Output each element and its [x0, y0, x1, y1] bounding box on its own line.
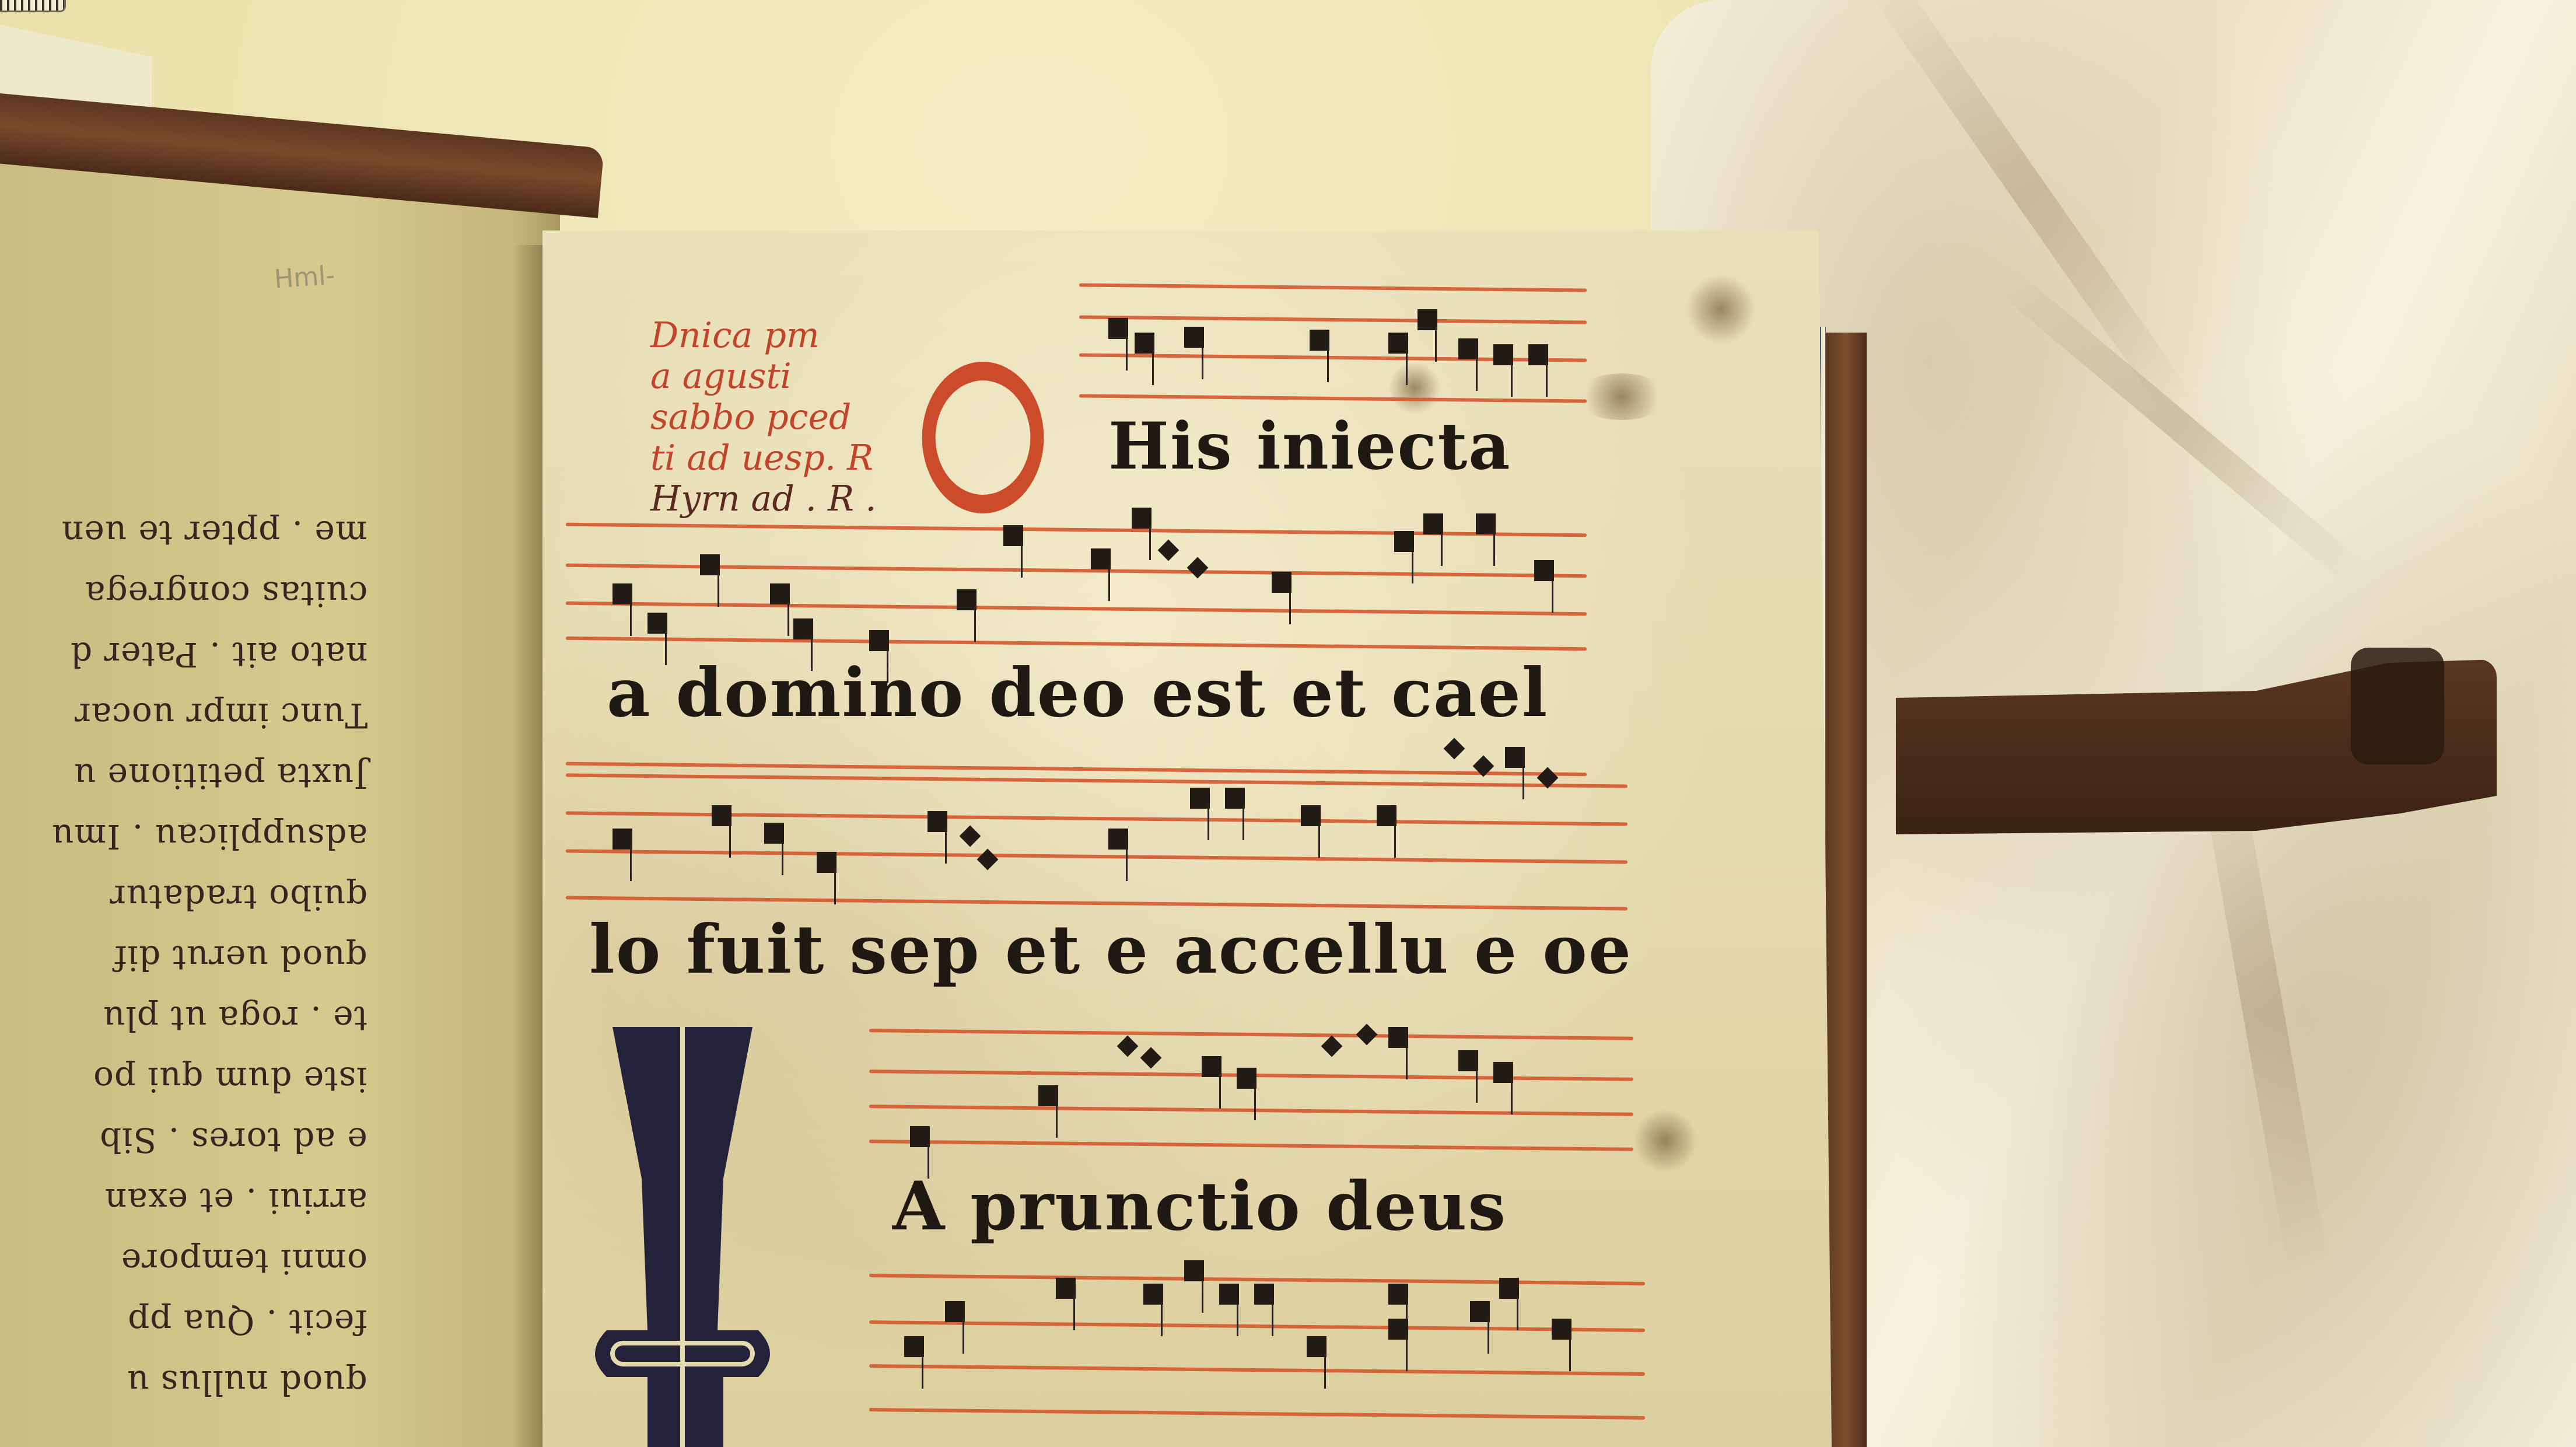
neume	[1135, 333, 1154, 354]
neume	[700, 554, 720, 575]
neume	[869, 630, 889, 651]
neume-stem	[1237, 1301, 1238, 1336]
neume-stem	[922, 1354, 923, 1389]
neume-stem	[1272, 1301, 1273, 1336]
neume	[1003, 525, 1023, 546]
blue-initial-i	[577, 1004, 787, 1447]
pencil-shelfmark: Hml-	[273, 260, 335, 294]
neume	[1534, 560, 1554, 581]
neume	[904, 1336, 924, 1357]
neume-stem	[1202, 1278, 1203, 1313]
neume-stem	[1476, 356, 1478, 391]
left-page-line: fecit . Qua pp	[127, 1302, 367, 1342]
left-page-line: quod nullus u	[127, 1363, 367, 1403]
neume	[1219, 1284, 1239, 1305]
neume	[957, 589, 977, 610]
left-page-line: e ad tores . Sib	[99, 1120, 367, 1160]
neume-stem	[1546, 362, 1548, 397]
neume	[817, 852, 836, 873]
neume	[1301, 805, 1321, 826]
neume	[1388, 333, 1408, 354]
neume-stem	[1126, 335, 1128, 371]
neume	[1388, 1027, 1408, 1048]
neume-stem	[1161, 1301, 1163, 1336]
neume	[1394, 531, 1414, 552]
neume	[612, 829, 632, 850]
neume-stem	[1412, 548, 1413, 583]
neume-stem	[963, 1319, 964, 1354]
neume-stem	[1552, 578, 1553, 613]
neume	[945, 1301, 965, 1322]
neume	[1225, 788, 1245, 809]
neume	[1108, 829, 1128, 850]
neume-stem	[1511, 362, 1513, 397]
neume-stem	[1254, 1085, 1256, 1120]
neume	[1254, 1284, 1274, 1305]
neume-stem	[630, 846, 632, 881]
neume	[1184, 1260, 1204, 1281]
rubric-line: Hyrn ad . R .	[650, 478, 895, 519]
neume-stem	[1487, 1319, 1489, 1354]
cover-board-edge	[1826, 333, 1867, 1447]
neume	[1470, 1301, 1490, 1322]
neume	[1132, 508, 1151, 529]
neume	[1237, 1068, 1256, 1089]
neume	[1493, 344, 1513, 365]
neume-stem	[1108, 566, 1110, 601]
neume-stem	[834, 869, 836, 904]
neume	[1476, 513, 1496, 534]
rubric-line: Dnica pm	[650, 315, 895, 356]
left-page-line: me . ppter te uen	[61, 513, 367, 553]
neume-stem	[1126, 846, 1128, 881]
neume	[1388, 1284, 1408, 1305]
neume-stem	[1207, 805, 1209, 840]
neume-stem	[1394, 823, 1396, 858]
neume-stem	[1476, 1068, 1478, 1103]
neume-stem	[945, 829, 947, 864]
neume-stem	[1324, 1354, 1326, 1389]
cloth-fold	[1988, 262, 2364, 585]
neume	[1417, 309, 1437, 330]
neume	[1108, 318, 1128, 339]
neume-stem	[1242, 805, 1244, 840]
clasp-fitting	[2351, 648, 2444, 764]
neume	[1388, 1319, 1408, 1340]
neume-stem	[1327, 347, 1329, 382]
neume	[770, 583, 790, 604]
neume	[1272, 572, 1291, 593]
neume	[764, 823, 784, 844]
left-page-line: iste dum qui po	[93, 1060, 367, 1099]
neume	[1458, 1050, 1478, 1071]
rubric-line: ti ad uesp. R	[650, 438, 895, 478]
neume-stem	[1073, 1295, 1075, 1330]
neume	[1377, 805, 1396, 826]
neume-stem	[1435, 327, 1437, 362]
left-page-line: quibo tradatur	[109, 878, 367, 917]
neume-stem	[1406, 350, 1408, 385]
neume	[1202, 1056, 1221, 1077]
rubric-line: sabbo pced	[650, 397, 895, 438]
neume	[647, 613, 667, 634]
neume	[793, 618, 813, 639]
neume	[1499, 1278, 1519, 1299]
neume-stem	[1202, 344, 1203, 379]
neume	[1091, 548, 1111, 569]
neume	[1184, 327, 1204, 348]
neume-stem	[1149, 525, 1151, 560]
neume	[1552, 1319, 1571, 1340]
stain	[1575, 373, 1668, 420]
neume	[1307, 1336, 1326, 1357]
neume-stem	[729, 823, 731, 858]
lyric-line: a domino deo est et cael	[607, 653, 1548, 732]
left-page-line: cuitas congrega	[85, 574, 367, 614]
neume	[1310, 330, 1329, 351]
left-page-line: omni tempore	[121, 1242, 367, 1281]
stain	[1633, 1109, 1697, 1173]
manuscript-photo: Hml- me . ppter te uencuitas congreganat…	[0, 0, 2576, 1447]
neume	[612, 583, 632, 604]
neume-stem	[1152, 350, 1154, 385]
neume-stem	[1517, 1295, 1518, 1330]
neume-stem	[974, 607, 976, 642]
left-page-line: Tunc impr uocar	[74, 695, 367, 735]
neume	[1528, 344, 1548, 365]
neume-stem	[1493, 531, 1495, 566]
neume	[1190, 788, 1210, 809]
neume-stem	[1569, 1336, 1571, 1371]
neume-stem	[1021, 543, 1023, 578]
left-page-line: adsupplicau . Imu	[51, 817, 367, 857]
lyric-line: His iniecta	[1108, 408, 1511, 484]
neume-stem	[1289, 589, 1291, 624]
neume-stem	[1219, 1074, 1221, 1109]
neume	[910, 1126, 930, 1147]
red-initial-o	[922, 362, 1044, 513]
left-page-line: arriui . et exan	[104, 1181, 367, 1221]
neume	[1056, 1278, 1076, 1299]
neume-stem	[1406, 1044, 1408, 1079]
neume	[928, 811, 947, 832]
neume-stem	[1522, 764, 1524, 799]
neume-stem	[717, 572, 719, 607]
lyric-line: A prunctio deus	[892, 1167, 1507, 1246]
neume	[1423, 513, 1443, 534]
neume-stem	[1511, 1079, 1513, 1114]
left-page-line: quod uerut dif	[114, 938, 367, 978]
rubric-line: a agusti	[650, 356, 895, 397]
left-page-line: te . roga ut plu	[103, 999, 367, 1039]
left-page-line: nato ait . Pater d	[70, 635, 367, 674]
neume	[1458, 338, 1478, 359]
scale-ruler	[0, 0, 66, 12]
neume	[1505, 747, 1525, 768]
neume-stem	[787, 601, 789, 636]
neume	[1038, 1085, 1058, 1106]
neume	[712, 805, 731, 826]
neume	[1493, 1062, 1513, 1083]
neume-stem	[630, 601, 632, 636]
neume	[1143, 1284, 1163, 1305]
cloth-fold	[1865, 0, 2194, 418]
neume-stem	[1441, 531, 1443, 566]
neume-stem	[1318, 823, 1320, 858]
neume-stem	[782, 840, 783, 875]
left-page-line: Juxta petitione u	[73, 756, 367, 796]
stain	[1388, 362, 1441, 414]
lyric-line: lo fuit sep et e accellu e oe	[589, 910, 1632, 989]
neume-stem	[1406, 1336, 1408, 1371]
stain	[1686, 274, 1756, 344]
neume-stem	[1056, 1103, 1058, 1138]
